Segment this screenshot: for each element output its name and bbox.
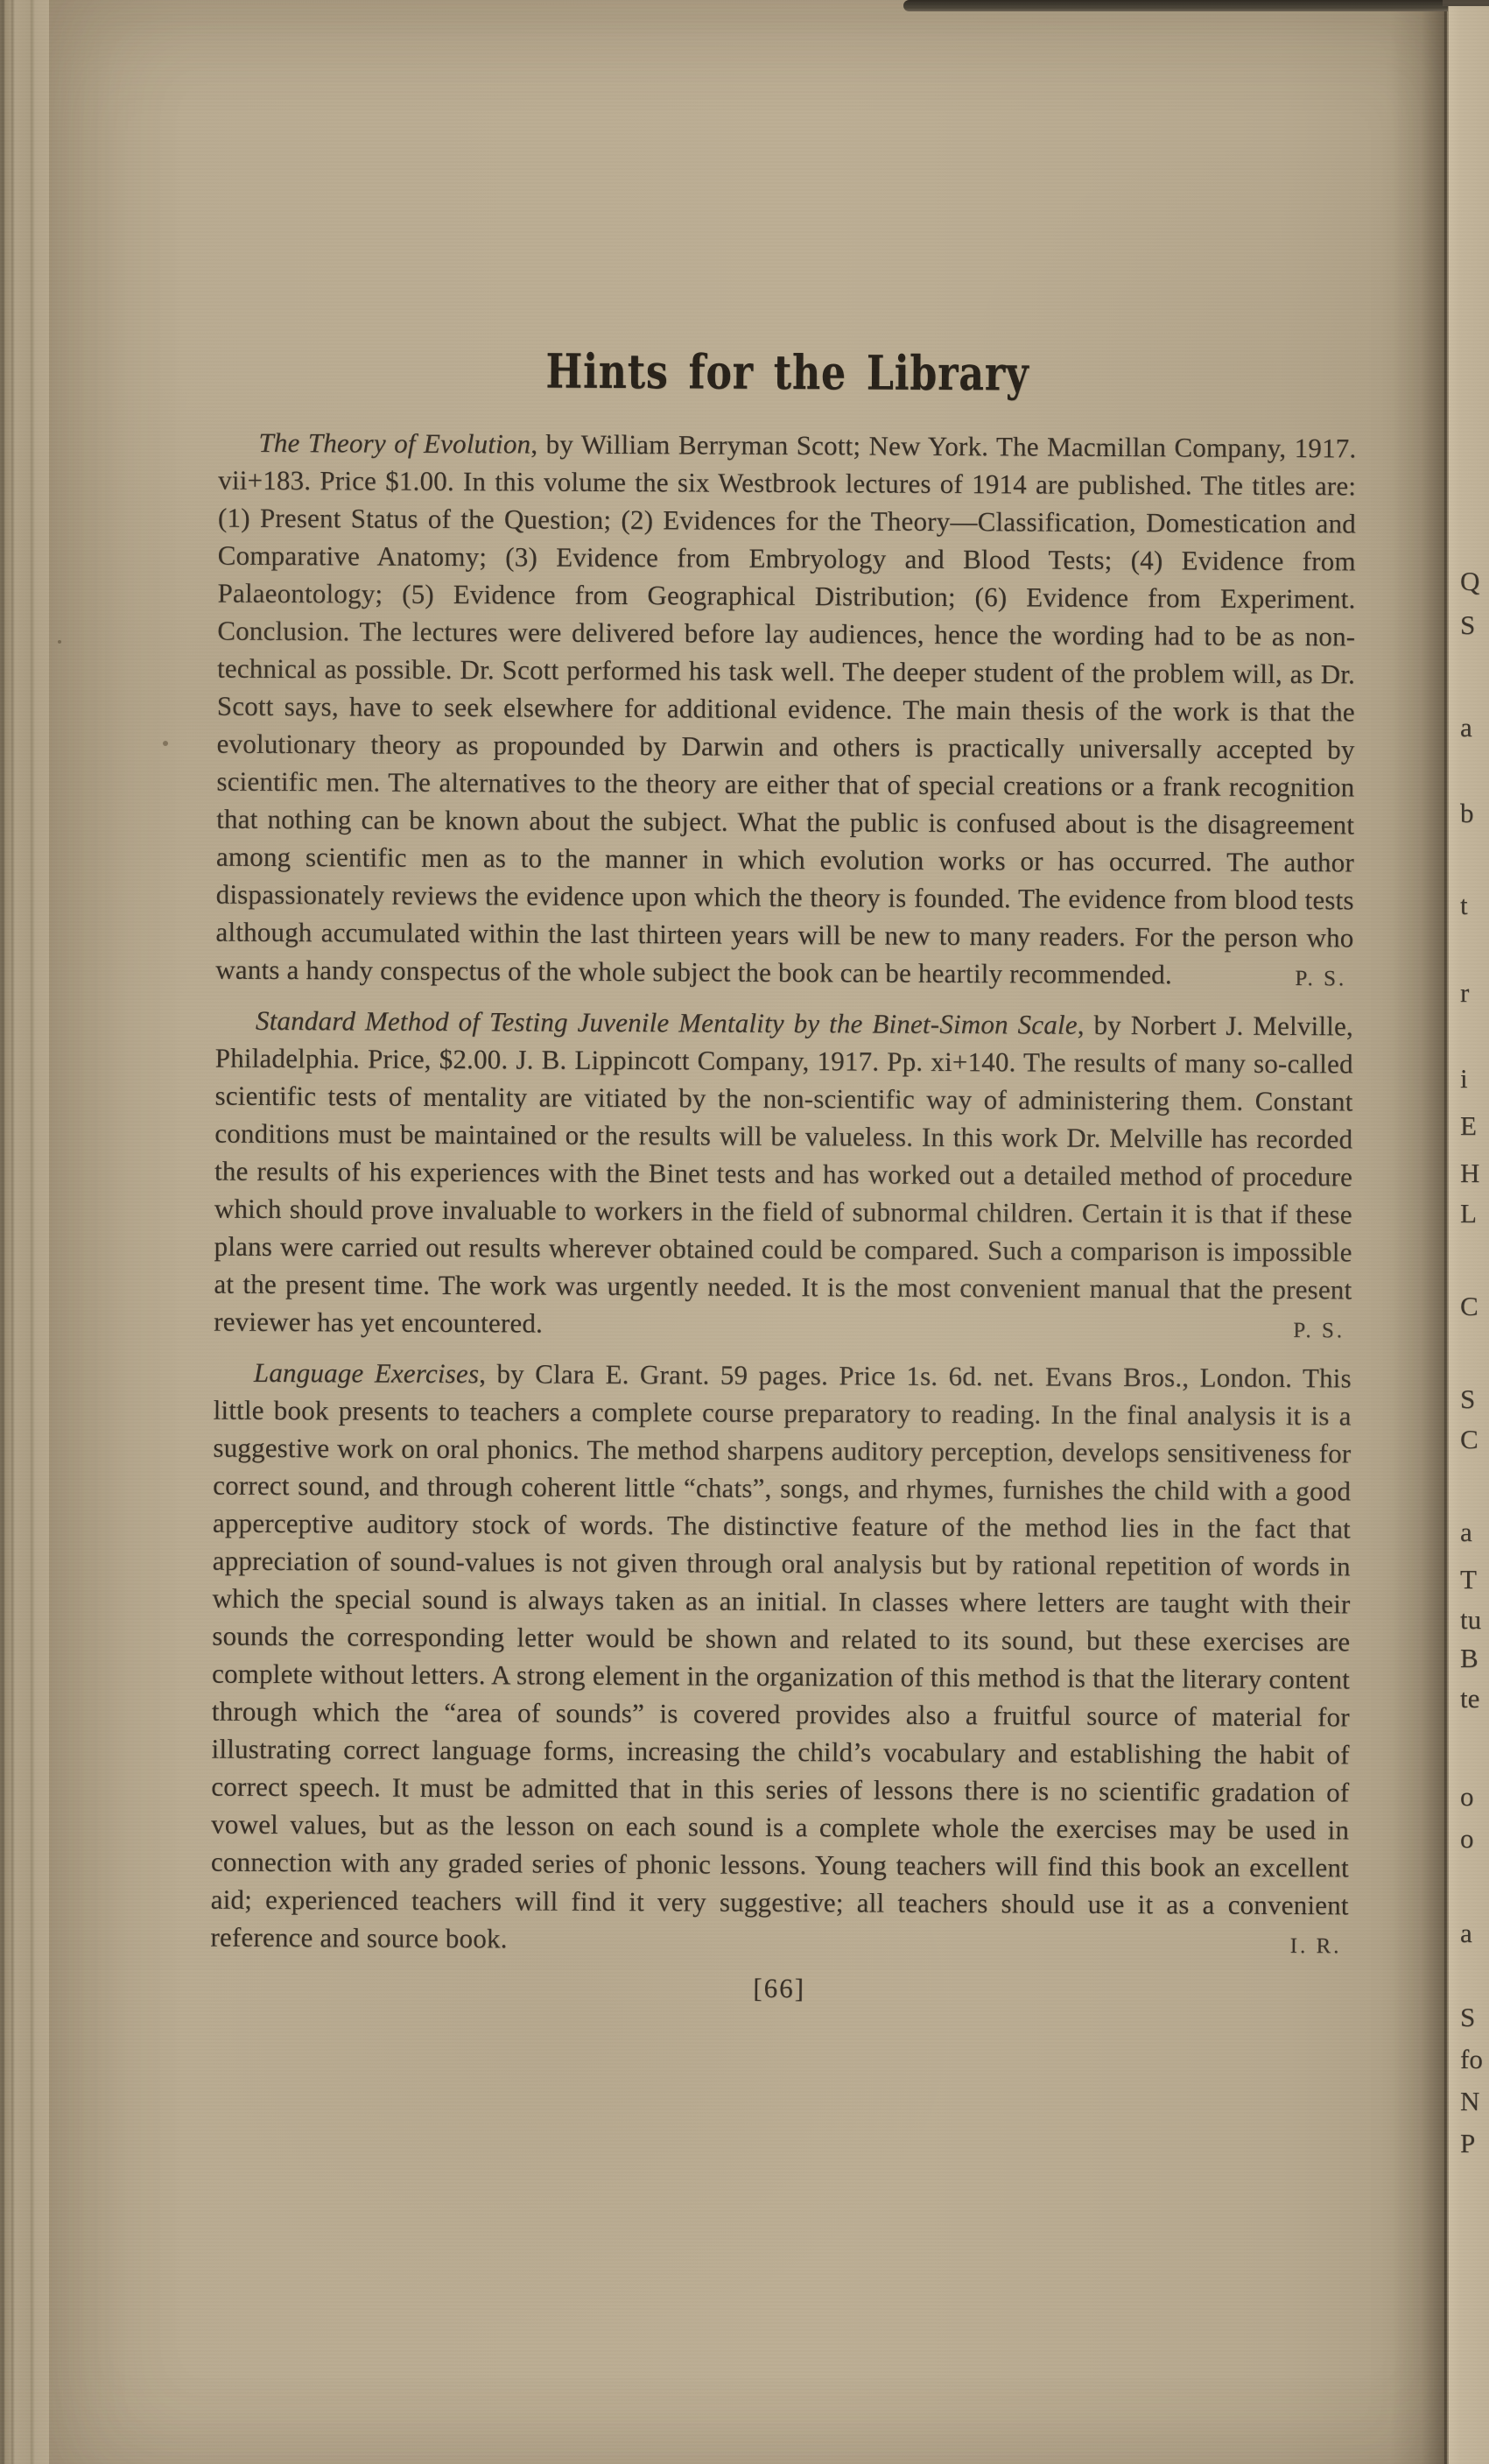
printed-content: Hints for the Library The Theory of Evol… bbox=[210, 341, 1357, 2008]
facing-page-line-fragment: S bbox=[1460, 2003, 1475, 2031]
facing-page-line-fragment: S bbox=[1460, 1385, 1475, 1412]
binding-shadow-bar-right bbox=[1443, 0, 1489, 6]
review-body: , by Norbert J. Melville, Philadelphia. … bbox=[214, 1010, 1353, 1339]
left-page-edges bbox=[0, 0, 49, 2464]
review-paragraph: The Theory of Evolution, by William Berr… bbox=[215, 424, 1356, 995]
facing-page-line-fragment: C bbox=[1460, 1426, 1478, 1453]
binding-shadow-bar bbox=[903, 0, 1448, 11]
facing-page-line-fragment: N bbox=[1460, 2087, 1479, 2115]
facing-page-line-fragment: L bbox=[1460, 1200, 1477, 1227]
facing-page-line-fragment: C bbox=[1460, 1292, 1478, 1320]
facing-page-line-fragment: a bbox=[1460, 714, 1472, 741]
facing-page-line-fragment: B bbox=[1460, 1644, 1478, 1672]
facing-page-line-fragment: te bbox=[1460, 1685, 1479, 1712]
facing-page-line-fragment: P bbox=[1460, 2130, 1475, 2157]
review-paragraph: Language Exercises, by Clara E. Grant. 5… bbox=[210, 1354, 1352, 1962]
facing-page-strip: QSabtriEHLCSCaTtuBteooaSfoNP bbox=[1449, 0, 1489, 2464]
facing-page-line-fragment: t bbox=[1460, 891, 1468, 919]
facing-page-line-fragment: E bbox=[1460, 1112, 1477, 1139]
facing-page-line-fragment: b bbox=[1460, 799, 1474, 827]
reviewer-initials: I. R. bbox=[1290, 1934, 1342, 1959]
facing-page-line-fragment: o bbox=[1460, 1825, 1474, 1852]
facing-page-line-fragment: H bbox=[1460, 1159, 1479, 1186]
scanned-book-page: QSabtriEHLCSCaTtuBteooaSfoNP Hints for t… bbox=[0, 0, 1489, 2464]
facing-page-line-fragment: a bbox=[1460, 1518, 1472, 1545]
facing-page-line-fragment: T bbox=[1460, 1566, 1477, 1593]
reviewer-initials: P. S. bbox=[1295, 967, 1346, 991]
review-lead: Language Exercises bbox=[254, 1357, 480, 1389]
facing-page-line-fragment: i bbox=[1460, 1065, 1468, 1092]
facing-page-line-fragment: S bbox=[1460, 611, 1475, 638]
review-body: , by Clara E. Grant. 59 pages. Price 1s.… bbox=[210, 1358, 1352, 1954]
reviewer-initials: P. S. bbox=[1293, 1319, 1345, 1343]
page-title: Hints for the Library bbox=[219, 341, 1357, 404]
review-text: The Theory of Evolution, by William Berr… bbox=[215, 424, 1356, 995]
review-text: Standard Method of Testing Juvenile Ment… bbox=[214, 1002, 1353, 1347]
review-lead: The Theory of Evolution bbox=[258, 427, 530, 460]
page-number: [66] bbox=[210, 1970, 1348, 2008]
review-text: Language Exercises, by Clara E. Grant. 5… bbox=[210, 1354, 1352, 1962]
gutter-shadow bbox=[1390, 0, 1447, 2464]
review-paragraph: Standard Method of Testing Juvenile Ment… bbox=[214, 1002, 1353, 1347]
review-body: , by William Berryman Scott; New York. T… bbox=[215, 428, 1356, 989]
facing-page-line-fragment: fo bbox=[1460, 2045, 1483, 2073]
review-lead: Standard Method of Testing Juvenile Ment… bbox=[256, 1005, 1078, 1040]
facing-page-line-fragment: tu bbox=[1460, 1606, 1481, 1633]
facing-page-line-fragment: Q bbox=[1460, 567, 1479, 595]
facing-page-line-fragment: o bbox=[1460, 1783, 1474, 1810]
facing-page-line-fragment: a bbox=[1460, 1919, 1472, 1947]
facing-page-line-fragment: r bbox=[1460, 979, 1469, 1006]
